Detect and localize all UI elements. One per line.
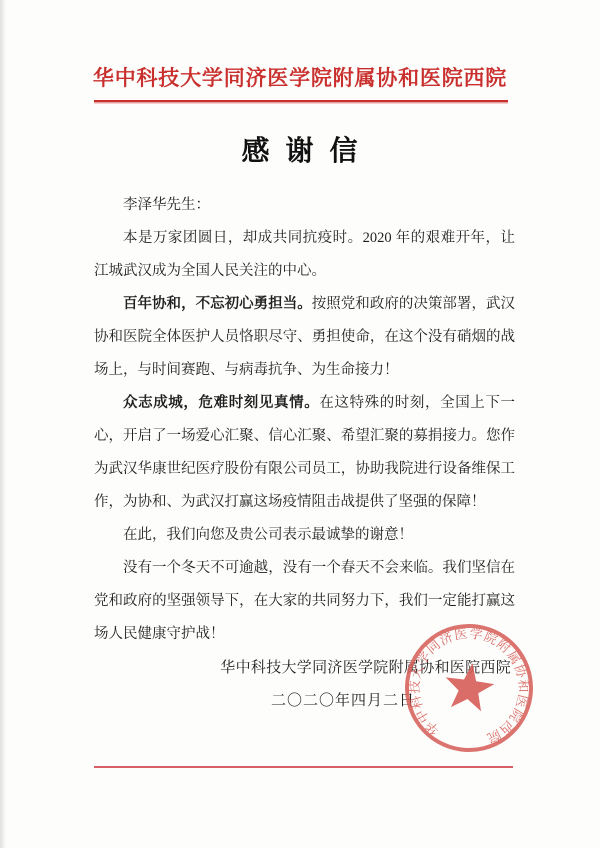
letterhead-title: 华中科技大学同济医学院附属协和医院西院 [0,62,600,92]
signature-date: 二〇二〇年四月二日 [94,689,511,710]
letter-page: 华中科技大学同济医学院附属协和医院西院 感 谢 信 李泽华先生： 本是万家团圆日… [0,0,600,848]
paragraph-3-lead: 众志成城，危难时刻见真情。 [123,395,319,411]
paragraph-5-text: 没有一个冬天不可逾越，没有一个春天不会来临。我们坚信在党和政府的坚强领导下，在大… [94,560,515,642]
paragraph-4: 在此，我们向您及贵公司表示最诚挚的谢意！ [94,519,515,552]
paragraph-5: 没有一个冬天不可逾越，没有一个春天不会来临。我们坚信在党和政府的坚强领导下，在大… [94,552,515,651]
paragraph-4-text: 在此，我们向您及贵公司表示最诚挚的谢意！ [123,527,413,543]
paragraph-2: 百年协和，不忘初心勇担当。按照党和政府的决策部署，武汉协和医院全体医护人员恪职尽… [94,288,515,387]
letter-title: 感 谢 信 [0,129,600,169]
paragraph-2-lead: 百年协和，不忘初心勇担当。 [123,296,312,312]
letterhead-rule [94,100,508,102]
paragraph-3: 众志成城，危难时刻见真情。在这特殊的时刻，全国上下一心，开启了一场爱心汇聚、信心… [94,387,515,519]
paragraph-3-text: 在这特殊的时刻，全国上下一心，开启了一场爱心汇聚、信心汇聚、希望汇聚的募捐接力。… [94,395,515,510]
paragraph-1-text: 本是万家团圆日，却成共同抗疫时。2020 年的艰难开年，让江城武汉成为全国人民关… [94,230,515,279]
paragraph-1: 本是万家团圆日，却成共同抗疫时。2020 年的艰难开年，让江城武汉成为全国人民关… [94,222,515,288]
letter-body: 李泽华先生： 本是万家团圆日，却成共同抗疫时。2020 年的艰难开年，让江城武汉… [94,189,515,651]
footer-rule [94,766,513,768]
scan-edge-shadow [0,0,6,848]
signature-org: 华中科技大学同济医学院附属协和医院西院 [94,656,511,677]
salutation: 李泽华先生： [94,189,515,222]
